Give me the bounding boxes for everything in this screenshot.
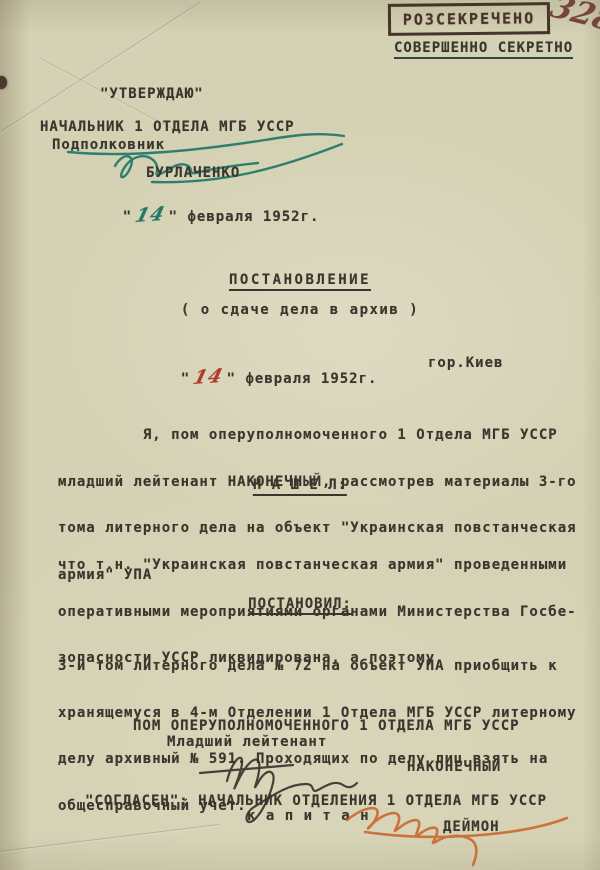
dateline-city: гор.Киев [428, 355, 503, 371]
declassified-stamp: РОЗСЕКРЕЧЕНО [388, 2, 550, 36]
agreed-name: ДЕЙМОН [443, 819, 500, 835]
approval-date-rest: " февраля 1952г. [169, 209, 320, 225]
author-name: НАКОНЕЧНЫЙ [407, 759, 501, 775]
document-page: РОЗСЕКРЕЧЕНО 328 СОВЕРШЕННО СЕКРЕТНО "УТ… [0, 0, 600, 870]
approval-date: "14" февраля 1952г. [85, 193, 319, 241]
dateline-rest: " февраля 1952г. [227, 371, 378, 387]
found-heading: Н А Ш Е Л: [253, 477, 347, 496]
resolved-heading: ПОСТАНОВИЛ: [248, 596, 352, 615]
approval-date-open-quote: " [123, 209, 132, 225]
dateline-open-quote: " [181, 371, 190, 387]
body-line: Я, пом оперуполномоченного 1 Отдела МГБ … [58, 428, 577, 443]
approver-name: БУРЛАЧЕНКО [146, 165, 240, 181]
paper-hole [0, 76, 7, 89]
approve-label: "УТВЕРЖДАЮ" [100, 86, 204, 102]
approval-date-day-handwritten: 14 [135, 209, 167, 221]
document-subtitle: ( о сдаче дела в архив ) [181, 302, 419, 318]
page-number: 328 [545, 0, 600, 39]
document-title: ПОСТАНОВЛЕНИЕ [229, 272, 371, 291]
body-line: 3-й том литерного дела № 72 на объект УП… [58, 659, 577, 674]
secrecy-stamp: СОВЕРШЕННО СЕКРЕТНО [394, 40, 573, 59]
body-line: что т.н. "Украинская повстанческая армия… [58, 558, 577, 573]
declassified-stamp-label: РОЗСЕКРЕЧЕНО [403, 9, 536, 28]
dateline-day-handwritten: 14 [193, 371, 225, 383]
author-title: ПОМ ОПЕРУПОЛНОМОЧЕННОГО 1 ОТДЕЛА МГБ УСС… [133, 718, 520, 734]
